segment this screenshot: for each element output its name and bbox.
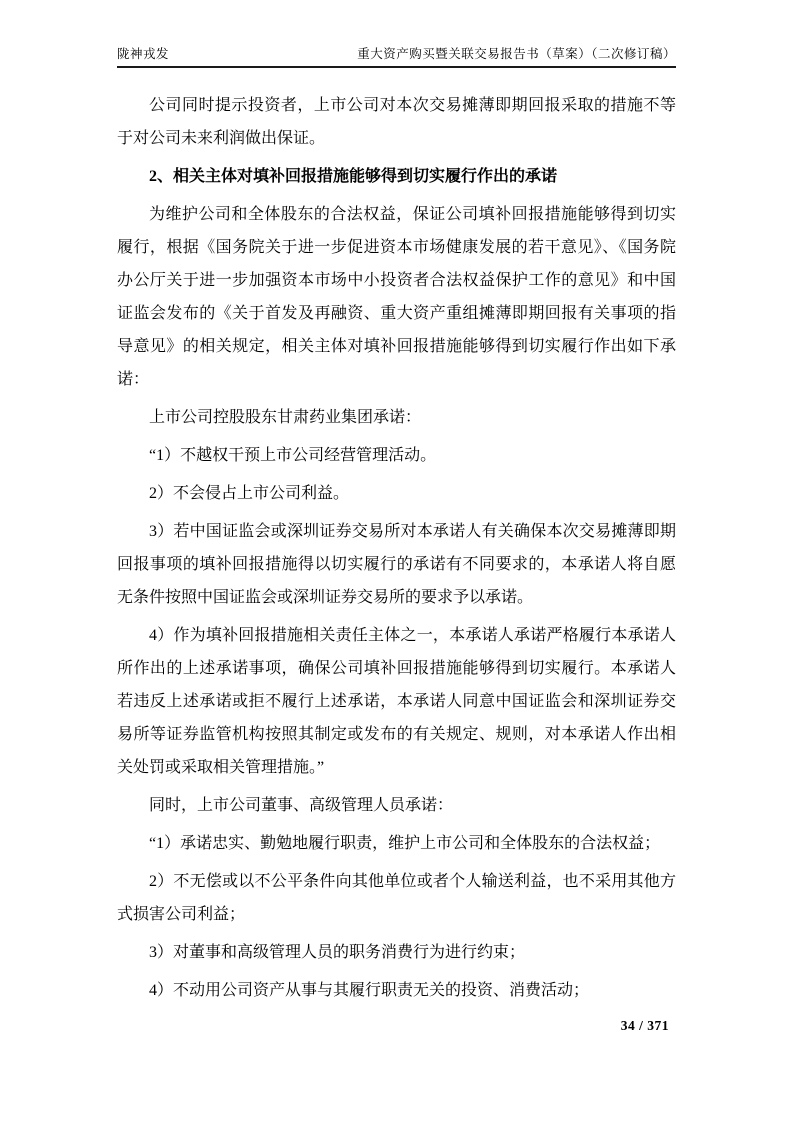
header-document-title: 重大资产购买暨关联交易报告书（草案）（二次修订稿）: [357, 46, 676, 63]
paragraph-shareholder-promise-intro: 上市公司控股股东甘肃药业集团承诺：: [117, 401, 676, 434]
paragraph-investor-notice: 公司同时提示投资者，上市公司对本次交易摊薄即期回报采取的措施不等于对公司未来利润…: [117, 89, 676, 155]
paragraph-regulation-basis: 为维护公司和全体股东的合法权益，保证公司填补回报措施能够得到切实履行，根据《国务…: [117, 198, 676, 396]
paragraph-directors-item-4: 4）不动用公司资产从事与其履行职责无关的投资、消费活动；: [117, 974, 676, 1007]
paragraph-shareholder-item-1: “1）不越权干预上市公司经营管理活动。: [117, 439, 676, 472]
section-heading-commitments: 2、相关主体对填补回报措施能够得到切实履行作出的承诺: [117, 160, 676, 193]
paragraph-directors-promise-intro: 同时，上市公司董事、高级管理人员承诺：: [117, 789, 676, 822]
paragraph-directors-item-1: “1）承诺忠实、勤勉地履行职责，维护上市公司和全体股东的合法权益；: [117, 827, 676, 860]
paragraph-shareholder-item-3: 3）若中国证监会或深圳证券交易所对本承诺人有关确保本次交易摊薄即期回报事项的填补…: [117, 515, 676, 614]
document-body: 公司同时提示投资者，上市公司对本次交易摊薄即期回报采取的措施不等于对公司未来利润…: [117, 89, 676, 1012]
page-number: 34 / 371: [621, 1018, 669, 1033]
document-page: 陇神戎发 重大资产购买暨关联交易报告书（草案）（二次修订稿） 公司同时提示投资者…: [0, 0, 793, 1122]
page-footer: 34 / 371: [117, 1018, 669, 1034]
paragraph-directors-item-2: 2）不无偿或以不公平条件向其他单位或者个人输送利益，也不采用其他方式损害公司利益…: [117, 865, 676, 931]
paragraph-shareholder-item-4: 4）作为填补回报措施相关责任主体之一，本承诺人承诺严格履行本承诺人所作出的上述承…: [117, 619, 676, 784]
paragraph-shareholder-item-2: 2）不会侵占上市公司利益。: [117, 477, 676, 510]
paragraph-directors-item-3: 3）对董事和高级管理人员的职务消费行为进行约束；: [117, 936, 676, 969]
header-company-short-name: 陇神戎发: [117, 46, 169, 63]
page-header: 陇神戎发 重大资产购买暨关联交易报告书（草案）（二次修订稿）: [117, 46, 676, 68]
